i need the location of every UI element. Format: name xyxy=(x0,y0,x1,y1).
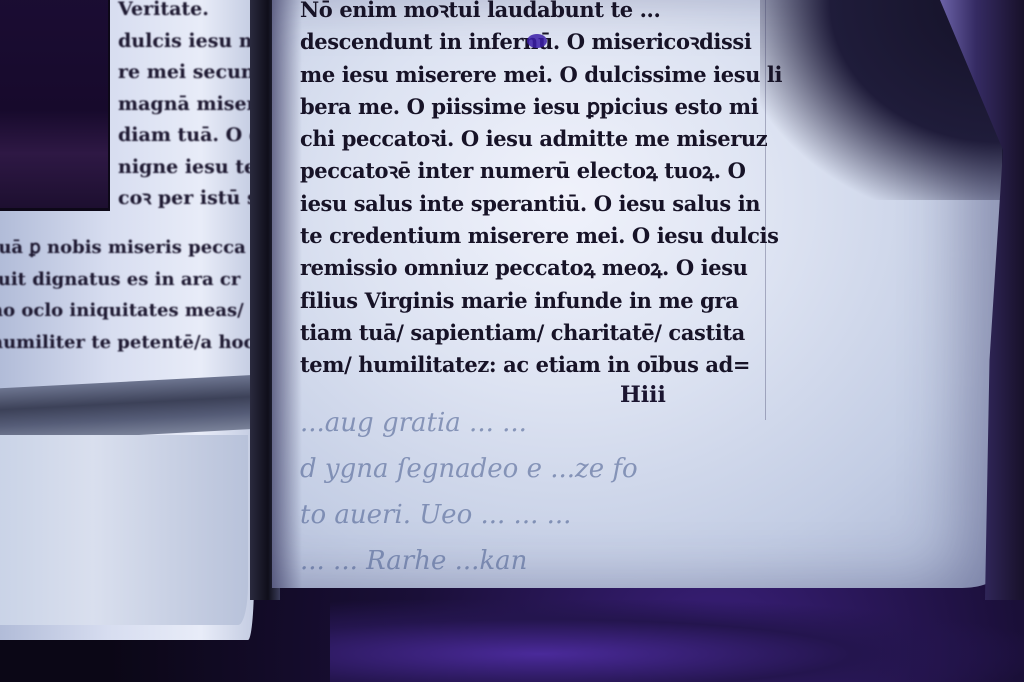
ink-blot xyxy=(527,34,547,48)
text-line: humiliter te petentē/a hoc re xyxy=(0,327,282,359)
text-line: tuā ꝑ nobis miseris pecca xyxy=(0,232,282,264)
uv-book-photo: Veritate. dulcis iesu mise re mei secund… xyxy=(0,0,1024,682)
text-line: iesu salus inte sperantiū. O iesu salus … xyxy=(300,188,765,220)
text-line: no oclo iniquitates meas/ xyxy=(0,295,282,327)
text-line: tem/ humilitatez: ac etiam in oībus ad= xyxy=(300,349,765,381)
text-line: bera me. O piissime iesu ꝑpicius esto mi xyxy=(300,91,765,123)
manuscript-line: ...aug gratia ... ... xyxy=(300,400,1000,446)
text-line: filius Virginis marie infunde in me gra xyxy=(300,285,765,317)
text-line: chi peccatoꝛi. O iesu admitte me miseruz xyxy=(300,123,765,155)
text-line: te credentium miserere mei. O iesu dulci… xyxy=(300,220,765,252)
manuscript-line: ... ... Rarhe ...kan xyxy=(300,538,1000,584)
left-page: Veritate. dulcis iesu mise re mei secund… xyxy=(0,0,254,640)
left-page-text-bottom: tuā ꝑ nobis miseris pecca fuit dignatus … xyxy=(0,232,282,358)
text-line: fuit dignatus es in ara cr xyxy=(0,264,282,296)
text-line: remissio omniuz peccatoꝝ meoꝝ. O iesu xyxy=(300,252,765,284)
text-line: Nō enim moꝛtui laudabunt te ... xyxy=(300,0,765,26)
text-line: me iesu miserere mei. O dulcissime iesu … xyxy=(300,59,765,91)
left-page-lower xyxy=(0,435,248,625)
text-line: peccatoꝛē inter numerū electoꝝ tuoꝝ. O xyxy=(300,155,765,187)
uv-light-glow xyxy=(330,600,1024,682)
manuscript-annotations: ...aug gratia ... ... d ygna ſegnadeo e … xyxy=(300,400,1000,584)
text-line: tiam tuā/ sapientiam/ charitatē/ castita xyxy=(300,317,765,349)
printed-text-block: Nō enim moꝛtui laudabunt te ... descendu… xyxy=(300,0,765,382)
woodcut-illustration xyxy=(0,0,110,211)
page-edge-band xyxy=(0,375,250,443)
manuscript-line: d ygna ſegnadeo e ...ze fo xyxy=(300,446,1000,492)
manuscript-line: to aueri. Ueo ... ... ... xyxy=(300,492,1000,538)
